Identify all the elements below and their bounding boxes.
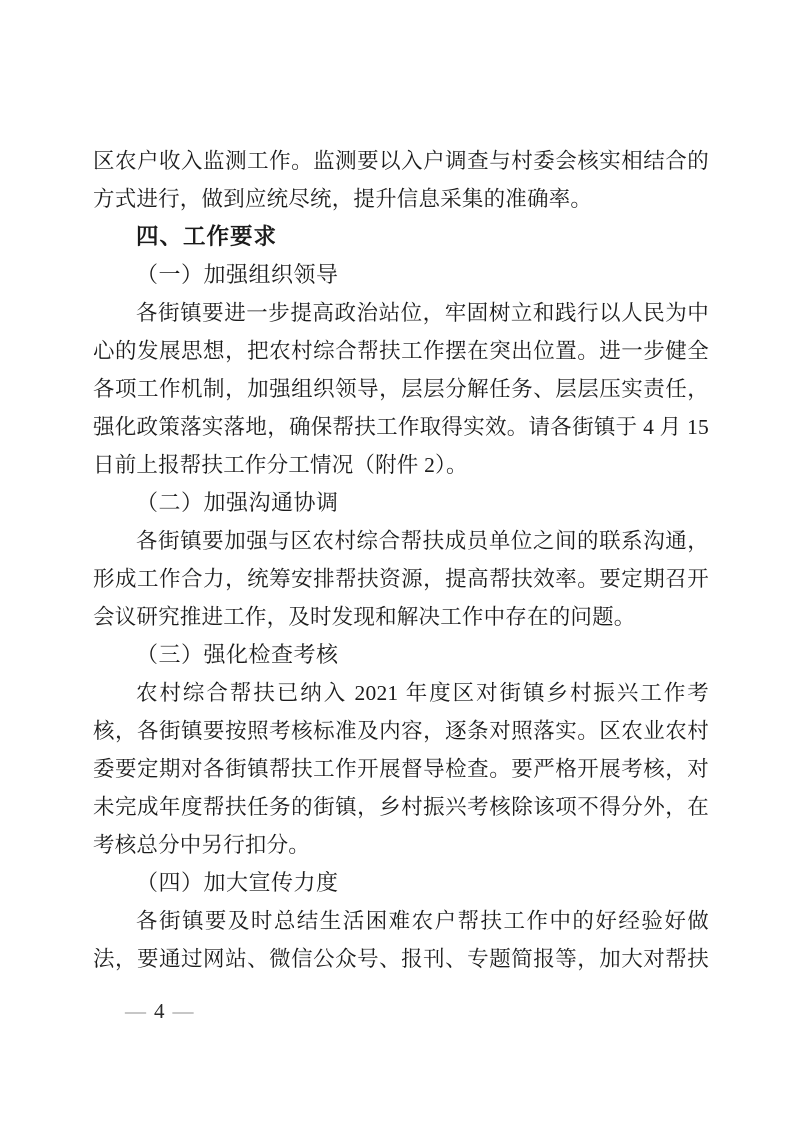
text-line: 方式进行，做到应统尽统，提升信息采集的准确率。 (93, 180, 709, 218)
page-number: 4 (154, 999, 165, 1023)
section-heading: 四、工作要求 (93, 218, 709, 256)
text-line: 委要定期对各街镇帮扶工作开展督导检查。要严格开展考核，对 (93, 750, 709, 788)
text-line: 区农户收入监测工作。监测要以入户调查与村委会核实相结合的 (93, 142, 709, 180)
page-number-dash: — (125, 999, 146, 1023)
subsection-heading: （三）强化检查考核 (93, 636, 709, 674)
text-line: 考核总分中另行扣分。 (93, 826, 709, 864)
page-number-dash: — (173, 999, 194, 1023)
text-line: 心的发展思想，把农村综合帮扶工作摆在突出位置。进一步健全 (93, 332, 709, 370)
text-line: 形成工作合力，统筹安排帮扶资源，提高帮扶效率。要定期召开 (93, 560, 709, 598)
subsection-heading: （一）加强组织领导 (93, 256, 709, 294)
text-line: 未完成年度帮扶任务的街镇，乡村振兴考核除该项不得分外，在 (93, 788, 709, 826)
text-line: 各街镇要及时总结生活困难农户帮扶工作中的好经验好做 (93, 902, 709, 940)
page-footer: —4— (121, 999, 198, 1024)
text-line: 农村综合帮扶已纳入 2021 年度区对街镇乡村振兴工作考 (93, 674, 709, 712)
text-line: 各街镇要加强与区农村综合帮扶成员单位之间的联系沟通， (93, 522, 709, 560)
text-line: 强化政策落实落地，确保帮扶工作取得实效。请各街镇于 4 月 15 (93, 408, 709, 446)
text-line: 日前上报帮扶工作分工情况（附件 2）。 (93, 446, 709, 484)
subsection-heading: （二）加强沟通协调 (93, 484, 709, 522)
text-line: 各街镇要进一步提高政治站位，牢固树立和践行以人民为中 (93, 294, 709, 332)
text-line: 法，要通过网站、微信公众号、报刊、专题简报等，加大对帮扶 (93, 940, 709, 978)
document-body: 区农户收入监测工作。监测要以入户调查与村委会核实相结合的 方式进行，做到应统尽统… (93, 142, 709, 978)
text-line: 会议研究推进工作，及时发现和解决工作中存在的问题。 (93, 598, 709, 636)
text-line: 各项工作机制，加强组织领导，层层分解任务、层层压实责任， (93, 370, 709, 408)
document-page: 区农户收入监测工作。监测要以入户调查与村委会核实相结合的 方式进行，做到应统尽统… (0, 0, 793, 1122)
text-line: 核，各街镇要按照考核标准及内容，逐条对照落实。区农业农村 (93, 712, 709, 750)
subsection-heading: （四）加大宣传力度 (93, 864, 709, 902)
